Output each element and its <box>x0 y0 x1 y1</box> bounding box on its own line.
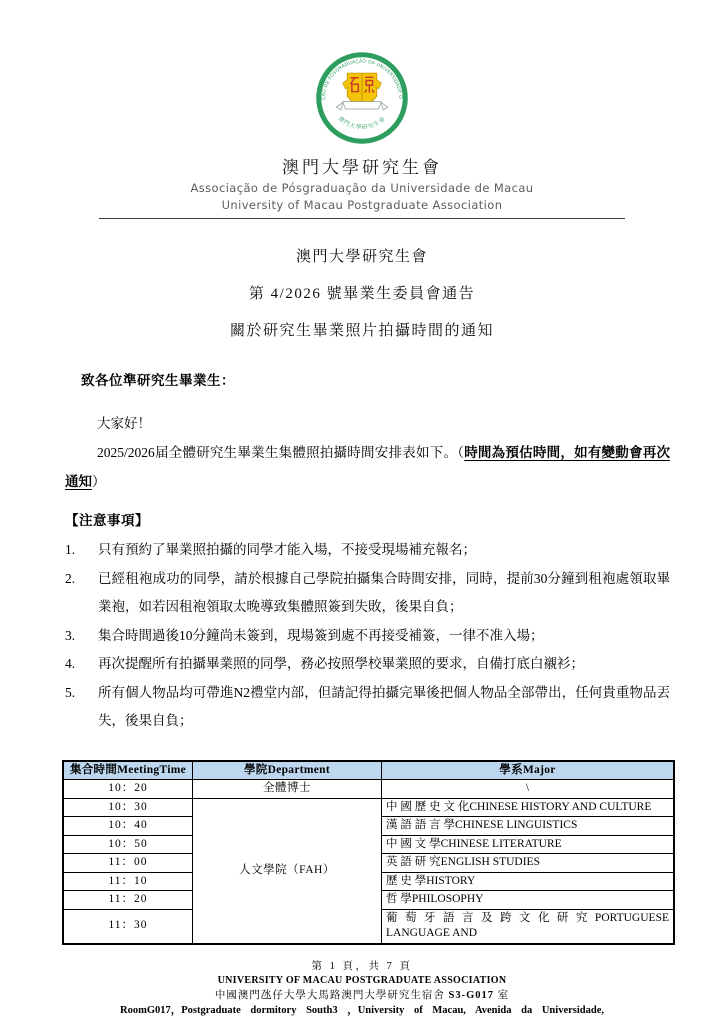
logo-ribbon <box>343 102 382 109</box>
org-name-english: University of Macau Postgraduate Associa… <box>0 198 724 212</box>
note-text: 再次提醒所有拍攝畢業照的同學，務必按照學校畢業照的要求，自備打底白襯衫； <box>98 650 670 679</box>
cell-major: 中 國 歷 史 文 化CHINESE HISTORY AND CULTURE <box>382 798 675 817</box>
cell-major: \ <box>382 780 675 799</box>
table-row: 10：20 全體博士 \ <box>63 780 674 799</box>
footer-address-zh-suffix: 室 <box>494 990 509 1001</box>
note-text: 只有預約了畢業照拍攝的同學才能入場，不接受現場補充報名； <box>98 536 670 565</box>
footer-org-name: UNIVERSITY OF MACAU POSTGRADUATE ASSOCIA… <box>0 974 724 988</box>
cell-major: 葡 萄 牙 語 言 及 跨 文 化 研 究 PORTUGUESE LANGUAG… <box>382 909 675 944</box>
note-text: 集合時間過後10分鐘尚未簽到，現場簽到處不再接受補簽，一律不准入場； <box>98 622 670 651</box>
note-number: 3. <box>65 622 98 651</box>
note-number: 2. <box>65 565 98 622</box>
note-text: 所有個人物品均可帶進N2禮堂内部，但請記得拍攝完畢後把個人物品全部帶出，任何貴重… <box>98 679 670 736</box>
intro-suffix: ） <box>92 474 106 489</box>
note-item-5: 5. 所有個人物品均可帶進N2禮堂内部，但請記得拍攝完畢後把個人物品全部帶出，任… <box>65 679 670 736</box>
notice-title-subject: 關於研究生畢業照片拍攝時間的通知 <box>0 313 724 350</box>
intro-paragraph: 大家好！ 2025/2026届全體研究生畢業生集體照拍攝時間安排表如下。（時間為… <box>65 409 670 496</box>
note-text: 已經租袍成功的同學，請於根據自己學院拍攝集合時間安排，同時，提前30分鐘到租袍處… <box>98 565 670 622</box>
cell-major: 英 語 研 究ENGLISH STUDIES <box>382 854 675 873</box>
column-header-meeting-time: 集合時間MeetingTime <box>63 761 193 780</box>
table-row: 10：30 人文學院（FAH） 中 國 歷 史 文 化CHINESE HISTO… <box>63 798 674 817</box>
note-number: 5. <box>65 679 98 736</box>
letterhead-divider <box>99 218 625 219</box>
footer-address-zh-text: 中國澳門氹仔大學大馬路澳門大學研究生宿舍 <box>215 990 449 1001</box>
cell-time: 11：10 <box>63 872 193 891</box>
cell-major: 漢 語 語 言 學CHINESE LINGUISTICS <box>382 817 675 836</box>
notes-heading: 【注意事項】 <box>65 506 670 536</box>
page-number: 第 1 頁，共 7 頁 <box>0 960 724 974</box>
greeting-line: 大家好！ <box>65 409 670 438</box>
footer-address-english: RoomG017，Postgraduate dormitory South3 ，… <box>0 1003 724 1018</box>
cell-time: 10：20 <box>63 780 193 799</box>
notice-body: 致各位準研究生畢業生： 大家好！ 2025/2026届全體研究生畢業生集體照拍攝… <box>65 371 670 736</box>
umpa-logo: ASSOCIAÇÃO DE PÓSGRADUAÇÃO DA UNIVERSIDA… <box>0 52 724 144</box>
schedule-table-wrap: 集合時間MeetingTime 學院Department 學系Major 10：… <box>62 760 724 945</box>
notice-title-org: 澳門大學研究生會 <box>0 239 724 276</box>
cell-time: 10：50 <box>63 835 193 854</box>
note-item-4: 4. 再次提醒所有拍攝畢業照的同學，務必按照學校畢業照的要求，自備打底白襯衫； <box>65 650 670 679</box>
salutation: 致各位準研究生畢業生： <box>65 371 670 391</box>
notice-title-number: 第 4/2026 號畢業生委員會通告 <box>0 276 724 313</box>
notice-title-block: 澳門大學研究生會 第 4/2026 號畢業生委員會通告 關於研究生畢業照片拍攝時… <box>0 239 724 350</box>
table-header-row: 集合時間MeetingTime 學院Department 學系Major <box>63 761 674 780</box>
note-item-1: 1. 只有預約了畢業照拍攝的同學才能入場，不接受現場補充報名； <box>65 536 670 565</box>
umpa-emblem-icon: ASSOCIAÇÃO DE PÓSGRADUAÇÃO DA UNIVERSIDA… <box>316 52 408 144</box>
cell-department: 全體博士 <box>193 780 382 799</box>
cell-time: 11：20 <box>63 891 193 910</box>
note-item-2: 2. 已經租袍成功的同學，請於根據自己學院拍攝集合時間安排，同時，提前30分鐘到… <box>65 565 670 622</box>
cell-major: 中 國 文 學CHINESE LITERATURE <box>382 835 675 854</box>
cell-time: 11：30 <box>63 909 193 944</box>
column-header-major: 學系Major <box>382 761 675 780</box>
footer-address-chinese: 中國澳門氹仔大學大馬路澳門大學研究生宿舍 S3-G017 室 <box>0 988 724 1003</box>
note-item-3: 3. 集合時間過後10分鐘尚未簽到，現場簽到處不再接受補簽，一律不准入場； <box>65 622 670 651</box>
notice-document-page: ASSOCIAÇÃO DE PÓSGRADUAÇÃO DA UNIVERSIDA… <box>0 0 724 1024</box>
page-footer: 第 1 頁，共 7 頁 UNIVERSITY OF MACAU POSTGRAD… <box>0 960 724 1018</box>
footer-room-code: S3-G017 <box>448 990 494 1001</box>
intro-prefix: 2025/2026届全體研究生畢業生集體照拍攝時間安排表如下。（ <box>97 445 464 460</box>
org-name-portuguese: Associação de Pósgraduação da Universida… <box>0 181 724 195</box>
note-number: 1. <box>65 536 98 565</box>
cell-time: 10：40 <box>63 817 193 836</box>
org-name-chinese: 澳門大學研究生會 <box>0 153 724 178</box>
column-header-department: 學院Department <box>193 761 382 780</box>
cell-time: 10：30 <box>63 798 193 817</box>
meeting-schedule-table: 集合時間MeetingTime 學院Department 學系Major 10：… <box>62 760 675 945</box>
note-number: 4. <box>65 650 98 679</box>
letterhead: ASSOCIAÇÃO DE PÓSGRADUAÇÃO DA UNIVERSIDA… <box>0 0 724 219</box>
intro-line: 2025/2026届全體研究生畢業生集體照拍攝時間安排表如下。（時間為預估時間，… <box>65 438 670 496</box>
cell-time: 11：00 <box>63 854 193 873</box>
cell-department-merged: 人文學院（FAH） <box>193 798 382 944</box>
cell-major: 哲 學PHILOSOPHY <box>382 891 675 910</box>
cell-major: 歷 史 學HISTORY <box>382 872 675 891</box>
